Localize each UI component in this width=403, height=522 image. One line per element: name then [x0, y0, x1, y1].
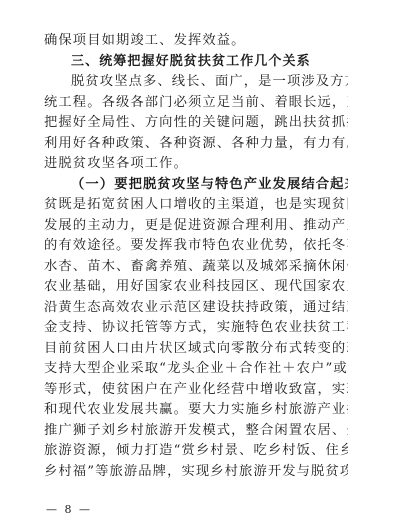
- paragraph-line: 目前贫困人口由片状区域式向零散分布式转变的现状，鼓励: [44, 339, 348, 360]
- subsection-heading: （一）要把脱贫攻坚与特色产业发展结合起来。: [71, 175, 348, 196]
- paragraph-line: 的有效途径。要发挥我市特色农业优势，依托冬枣、鸭梨、: [44, 236, 348, 257]
- paragraph-line: 农业基础，用好国家农业科技园区、现代国家农业示范区、: [44, 277, 348, 298]
- page-number: — 8 —: [46, 503, 92, 516]
- paragraph-line: 脱贫攻坚点多、线长、面广，是一项涉及方方面面的系: [44, 72, 348, 93]
- section-heading: 三、统筹把握好脱贫扶贫工作几个关系: [44, 52, 348, 73]
- paragraph-line: 支持大型企业采取“龙头企业＋合作社＋农户”或入股分红: [44, 359, 348, 380]
- paragraph-line: 水杏、苗木、畜禽养殖、蔬菜以及城郊采摘休闲体验等特色: [44, 257, 348, 278]
- paragraph-line: 沿黄生态高效农业示范区建设扶持政策，通过结对帮扶、资: [44, 298, 348, 319]
- paragraph-line: 和现代农业发展共赢。要大力实施乡村旅游产业扶贫工程，: [44, 400, 348, 421]
- paragraph-line: 把握好全局性、方向性的关键问题，跳出扶贫抓扶贫，统筹: [44, 113, 348, 134]
- paragraph-line: 发展的主动力，更是促进资源合理利用、推动产业转型升级: [44, 216, 348, 237]
- paragraph-line: 旅游资源，倾力打造“赏乡村景、吃乡村饭、住乡村屋、享: [44, 441, 348, 462]
- document-page: 确保项目如期竣工、发挥效益。 三、统筹把握好脱贫扶贫工作几个关系 脱贫攻坚点多、…: [44, 31, 348, 482]
- paragraph-line: 贫既是拓宽贫困人口增收的主渠道，也是实现贫困农户自我: [44, 195, 348, 216]
- paragraph-line: 利用好各种政策、各种资源、各种力量，有力有序地系统推: [44, 134, 348, 155]
- subsection-line: （一）要把脱贫攻坚与特色产业发展结合起来。 产业扶: [44, 175, 348, 196]
- paragraph-line: 推广狮子刘乡村旅游开发模式，整合闲置农居、生态林木等: [44, 421, 348, 442]
- paragraph-line: 确保项目如期竣工、发挥效益。: [44, 31, 348, 52]
- paragraph-line: 进脱贫攻坚各项工作。: [44, 154, 348, 175]
- paragraph-line: 等形式，使贫困户在产业化经营中增收致富，实现脱贫攻坚: [44, 380, 348, 401]
- paragraph-line: 金支持、协议托管等方式，实施特色农业扶贫工程。要针对: [44, 318, 348, 339]
- paragraph-line: 统工程。各级各部门必须立足当前、着眼长远，正确处理和: [44, 93, 348, 114]
- paragraph-line: 乡村福”等旅游品牌，实现乡村旅游开发与脱贫攻坚的有机: [44, 462, 348, 483]
